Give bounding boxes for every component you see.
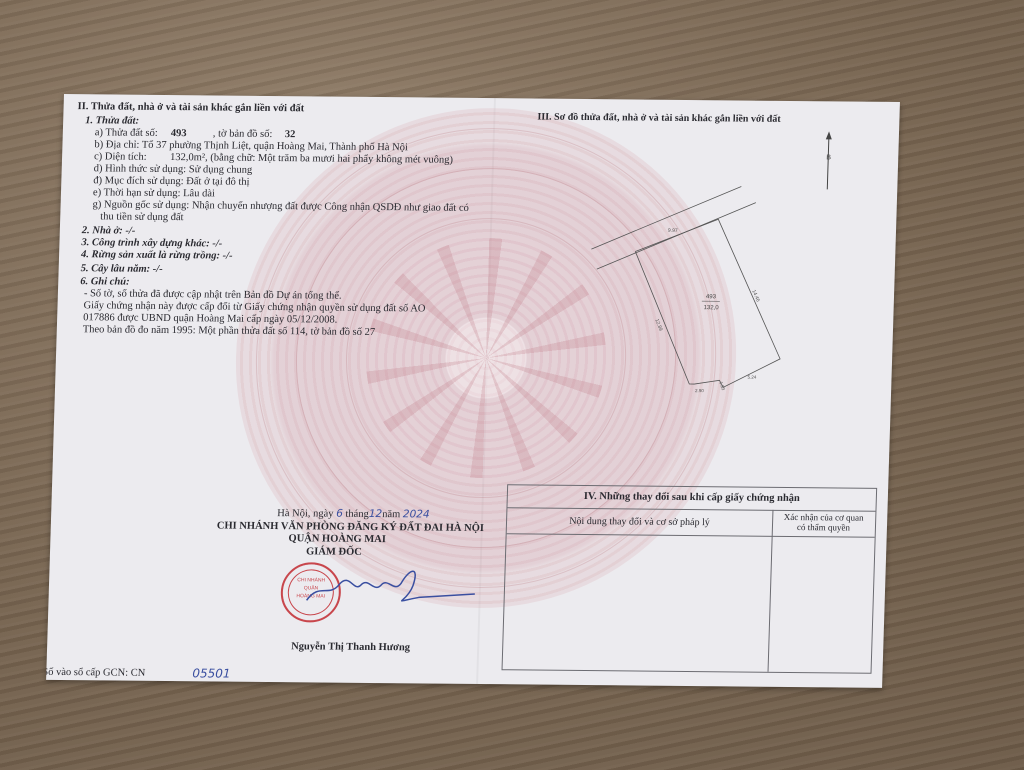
signer-name: Nguyễn Thị Thanh Hương — [291, 642, 410, 654]
usage-term: e) Thời hạn sử dụng: Lâu dài — [93, 188, 215, 200]
svg-text:5.24: 5.24 — [747, 375, 756, 380]
registry-label: Số vào sổ cấp GCN: CN — [46, 668, 145, 679]
area-label: c) Diện tích: — [94, 152, 147, 163]
other-construction-item: 3. Công trình xây dựng khác: -/- — [81, 238, 222, 250]
section-ii-title: II. Thửa đất, nhà ở và tài sản khác gắn … — [77, 102, 304, 115]
planted-forest-item: 4. Rừng sản xuất là rừng trồng: -/- — [81, 250, 233, 262]
registry-number: 05501 — [192, 667, 231, 679]
usage-form: d) Hình thức sử dụng: Sử dụng chung — [94, 164, 253, 176]
svg-text:1.83: 1.83 — [718, 381, 726, 391]
map-sheet-number: 32 — [285, 130, 296, 141]
house-item: 2. Nhà ở: -/- — [82, 226, 136, 237]
plot-diagram: 493 132,0 9.97 14.46 12.89 2.90 1.83 5.2… — [585, 179, 832, 411]
parcel-number-label: 493 — [706, 294, 717, 300]
issuing-office: CHI NHÁNH VĂN PHÒNG ĐĂNG KÝ ĐẤT ĐAI HÀ N… — [217, 521, 484, 534]
land-heading: 1. Thửa đất: — [85, 116, 139, 127]
svg-text:12.89: 12.89 — [653, 318, 663, 332]
parcel-area-label: 132,0 — [704, 305, 720, 311]
usage-origin-cont: thu tiền sử dụng đất — [100, 212, 184, 223]
parcel-number: 493 — [171, 129, 187, 140]
handwritten-signature — [298, 562, 480, 614]
signer-title: GIÁM ĐỐC — [306, 547, 362, 558]
svg-text:9.97: 9.97 — [668, 228, 678, 234]
land-use-certificate: II. Thửa đất, nhà ở và tài sản khác gắn … — [46, 94, 900, 688]
issue-date: Hà Nội, ngày 6 tháng12năm 2024 — [277, 508, 430, 521]
changes-col-confirmation: Xác nhận của cơ quan có thẩm quyền — [772, 512, 876, 534]
usage-purpose: đ) Mục đích sử dụng: Đất ở tại đô thị — [93, 176, 250, 188]
map-sheet-label: , tờ bản đồ số: — [213, 129, 273, 140]
page-fold — [476, 98, 496, 684]
changes-table-title: IV. Những thay đổi sau khi cấp giấy chứn… — [508, 490, 876, 505]
section-iii-title: III. Sơ đồ thửa đất, nhà ở và tài sản kh… — [537, 113, 781, 125]
changes-col-content: Nội dung thay đổi và cơ sở pháp lý — [507, 515, 772, 529]
svg-text:2.90: 2.90 — [695, 388, 704, 393]
parcel-label: a) Thửa đất số: — [95, 128, 158, 139]
svg-text:B: B — [826, 154, 831, 161]
issuing-district: QUẬN HOÀNG MAI — [288, 534, 386, 545]
changes-table: IV. Những thay đổi sau khi cấp giấy chứn… — [502, 484, 878, 674]
perennial-trees-item: 5. Cây lâu năm: -/- — [80, 264, 162, 275]
notes-heading: 6. Ghi chú: — [80, 277, 130, 288]
note-line: Theo bản đồ đo năm 1995: Một phần thửa đ… — [83, 325, 376, 338]
